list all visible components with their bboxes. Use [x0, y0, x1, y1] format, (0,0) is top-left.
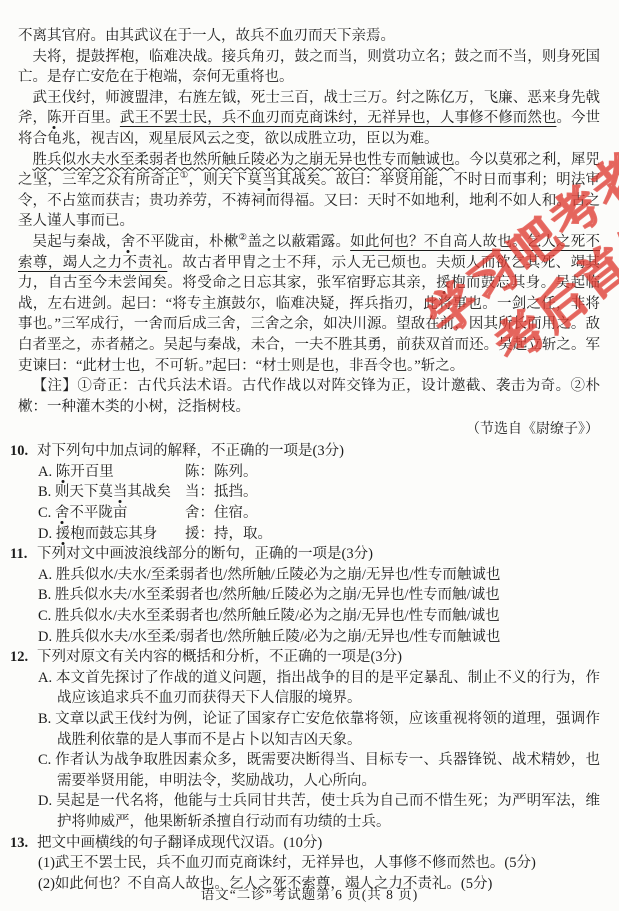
question-number: 11. [10, 544, 27, 565]
option-row: C. 胜兵似水/夫水至柔弱者也/然所触丘陵/必为之崩/无异也/性专而触/诚也 [38, 606, 600, 627]
question-number: 13. [10, 833, 28, 854]
question-stem-text: 把文中画横线的句子翻译成现代汉语。(10分) [37, 835, 322, 851]
question: 10.对下列句中加点词的解释，不正确的一项是(3分)A. 陈开百里陈：陈列。B.… [18, 441, 600, 544]
emphasized-char: 援 [436, 275, 451, 291]
text-segment: 胜兵似水夫/水至柔/弱者也/然所触丘陵/必为之崩/无异也/性专而触诚也 [56, 629, 501, 645]
emphasized-char: 陈 [47, 110, 62, 126]
question-stem: 10.对下列句中加点词的解释，不正确的一项是(3分) [18, 441, 600, 462]
text-segment: 吴起是一代名将，他能与士兵同甘共苦，使士兵为自己而不惜生死；为严明军法，维护将帅… [56, 793, 600, 830]
emphasized-char: 陈 [56, 464, 71, 480]
passage-paragraph: 吴起与秦战，舍不平陇亩，朴樕②盖之以蔽霜露。如此何也？不自高人故也。乞人之死不索… [18, 232, 600, 376]
passage-source: （节选自《尉缭子》） [0, 419, 619, 440]
text-segment: 开百里 [70, 464, 114, 480]
exam-page: 学习吧考老网 考后首发 不离其官府。由其武议在于一人，故兵不血刃而天下亲焉。夫将… [0, 0, 619, 911]
text-segment: ，则天下莫 [188, 172, 262, 188]
text-segment: 开百里。 [62, 110, 120, 126]
text-segment: 作者认为战争取胜因素众多，既需要决断得当、目标专一、兵器锋锐、战术精妙，也需要举… [55, 752, 600, 789]
option-gloss: 援：持，取。 [185, 524, 272, 545]
option-row: B. 则天下莫当其战矣当：抵挡。 [38, 482, 600, 503]
option-row: A. 陈开百里陈：陈列。 [38, 462, 600, 483]
text-segment: 胜兵似水/夫水至柔弱者也/然所触丘陵/必为之崩/无异也/性专而触/诚也 [55, 608, 500, 624]
text-segment: 夫将，提鼓挥枹，临难决战。接兵角刃，鼓之而当，则赏功立名；鼓之而不当，则身死国亡… [18, 49, 600, 86]
option-label: B. [38, 711, 55, 727]
text-segment: 不平陇亩，朴樕 [135, 234, 238, 250]
option-label: B. [38, 587, 55, 603]
question-stem-text: 对下列句中加点词的解释，不正确的一项是(3分) [37, 443, 344, 459]
text-segment: 其战矣 [127, 484, 171, 500]
option-row: D. 吴起是一代名将，他能与士兵同甘共苦，使士兵为自己而不惜生死；为严明军法，维… [38, 791, 600, 832]
option-gloss: 陈：陈列。 [185, 462, 258, 483]
text-segment: 胜兵似水夫/水至柔弱者也/然所触/丘陵必为之崩/无异也/性专而触/诚也 [55, 587, 500, 603]
passage: 不离其官府。由其武议在于一人，故兵不血刃而天下亲焉。夫将，提鼓挥枹，临难决战。接… [0, 0, 619, 417]
option-label: A. [38, 670, 56, 686]
option-row: B. 文章以武王伐纣为例，论证了国家存亡安危依靠将领，应该重视将领的道理，强调作… [38, 709, 600, 750]
option-row: C. 舍不平陇亩舍：住宿。 [38, 503, 600, 524]
question-number: 10. [10, 441, 28, 462]
question-stem: 13.把文中画横线的句子翻译成现代汉语。(10分) [18, 833, 600, 854]
option-row: C. 作者认为战争取胜因素众多，既需要决断得当、目标专一、兵器锋锐、战术精妙，也… [38, 750, 600, 791]
passage-paragraph: 【注】①奇正：古代兵法术语。古代作战以对阵交锋为正，设计邀截、袭击为奇。②朴樕：… [18, 376, 600, 417]
option-label: C. [38, 752, 55, 768]
text-segment: 【注】①奇正：古代兵法术语。古代作战以对阵交锋为正，设计邀截、袭击为奇。②朴樕：… [18, 378, 600, 415]
page-footer: 语文“二诊”考试题第 6 页(共 8 页) [0, 883, 619, 903]
question: 12.下列对原文有关内容的概括和分析，不正确的一项是(3分)A. 本文首先探讨了… [18, 647, 600, 832]
option-label: A. [38, 567, 56, 583]
option-gloss: 当：抵挡。 [185, 482, 258, 503]
passage-paragraph: 武王伐纣，师渡盟津，右旌左钺，死士三百，战士三万。纣之陈亿万，飞廉、恶来身先戟斧… [18, 88, 600, 150]
text-segment: 吴起与秦战， [33, 234, 121, 250]
text-segment: 不离其官府。由其武议在于一人，故兵不血刃而天下亲焉。 [18, 28, 395, 44]
option-label: A. [38, 464, 56, 480]
option-label: D. [38, 629, 56, 645]
emphasized-char: 援 [56, 526, 71, 542]
questions: 10.对下列句中加点词的解释，不正确的一项是(3分)A. 陈开百里陈：陈列。B.… [0, 440, 619, 894]
passage-paragraph: 胜兵似水夫水至柔弱者也然所触丘陵必为之崩无异也性专而触诚也。今以莫邪之利，犀兕之… [18, 150, 600, 232]
question-stem: 12.下列对原文有关内容的概括和分析，不正确的一项是(3分) [18, 647, 600, 668]
passage-paragraph: 夫将，提鼓挥枹，临难决战。接兵角刃，鼓之而当，则赏功立名；鼓之而不当，则身死国亡… [18, 47, 600, 88]
option-row: D. 援枹而鼓忘其身援：持，取。 [38, 524, 600, 545]
option-label: C. [38, 608, 55, 624]
option-row: B. 胜兵似水夫/水至柔弱者也/然所触/丘陵必为之崩/无异也/性专而触/诚也 [38, 585, 600, 606]
emphasized-char: 舍 [121, 234, 136, 250]
text-segment: ② [238, 233, 247, 243]
question-number: 12. [10, 647, 28, 668]
sub-item-row: (1)武王不罢士民，兵不血刃而克商诛纣，无祥异也，人事修不修而然也。(5分) [38, 853, 600, 874]
question-stem-text: 下列对文中画波浪线部分的断句，正确的一项是(3分) [37, 546, 373, 562]
option-label: D. [38, 526, 56, 542]
text-segment: 盖之以蔽霜露。 [247, 234, 350, 250]
question-stem: 11.下列对文中画波浪线部分的断句，正确的一项是(3分) [18, 544, 600, 565]
underlined-text: 胜兵似水夫水至柔弱者也然所触丘陵必为之崩无异也性专而触诚也 [33, 152, 455, 168]
option-row: A. 本文首先探讨了作战的道义问题，指出战争的目的是平定暴乱、制止不义的行为，作… [38, 668, 600, 709]
text-segment: (1)武王不罢士民，兵不血刃而克商诛纣，无祥异也，人事修不修而然也。(5分) [38, 855, 536, 871]
emphasized-char: 当 [262, 172, 277, 188]
question-stem-text: 下列对原文有关内容的概括和分析，不正确的一项是(3分) [37, 649, 402, 665]
text-segment: 文章以武王伐纣为例，论证了国家存亡安危依靠将领，应该重视将领的道理，强调作战胜利… [55, 711, 600, 748]
option-label: C. [38, 505, 55, 521]
question: 11.下列对文中画波浪线部分的断句，正确的一项是(3分)A. 胜兵似水/夫水/至… [18, 544, 600, 647]
text-segment: 则天下莫 [55, 484, 113, 500]
text-segment: 不平陇亩 [69, 505, 127, 521]
option-label: D. [38, 793, 56, 809]
underlined-text: 武王不罢士民，兵不血刃而克商诛纣，无祥异也，人事修不修而然也 [120, 110, 557, 126]
option-row: D. 胜兵似水夫/水至柔/弱者也/然所触丘陵/必为之崩/无异也/性专而触诚也 [38, 627, 600, 648]
passage-paragraph: 不离其官府。由其武议在于一人，故兵不血刃而天下亲焉。 [18, 26, 600, 47]
text-segment: 枹而鼓忘其身 [70, 526, 157, 542]
option-label: B. [38, 484, 55, 500]
option-row: A. 胜兵似水/夫水/至柔弱者也/然所触/丘陵必为之崩/无异也/性专而触诚也 [38, 565, 600, 586]
emphasized-char: 当 [113, 484, 128, 500]
emphasized-char: 舍 [55, 505, 70, 521]
option-gloss: 舍：住宿。 [185, 503, 258, 524]
text-segment: 本文首先探讨了作战的道义问题，指出战争的目的是平定暴乱、制止不义的行为，作战应该… [56, 670, 600, 707]
text-segment: 胜兵似水/夫水/至柔弱者也/然所触/丘陵必为之崩/无异也/性专而触诚也 [56, 567, 501, 583]
